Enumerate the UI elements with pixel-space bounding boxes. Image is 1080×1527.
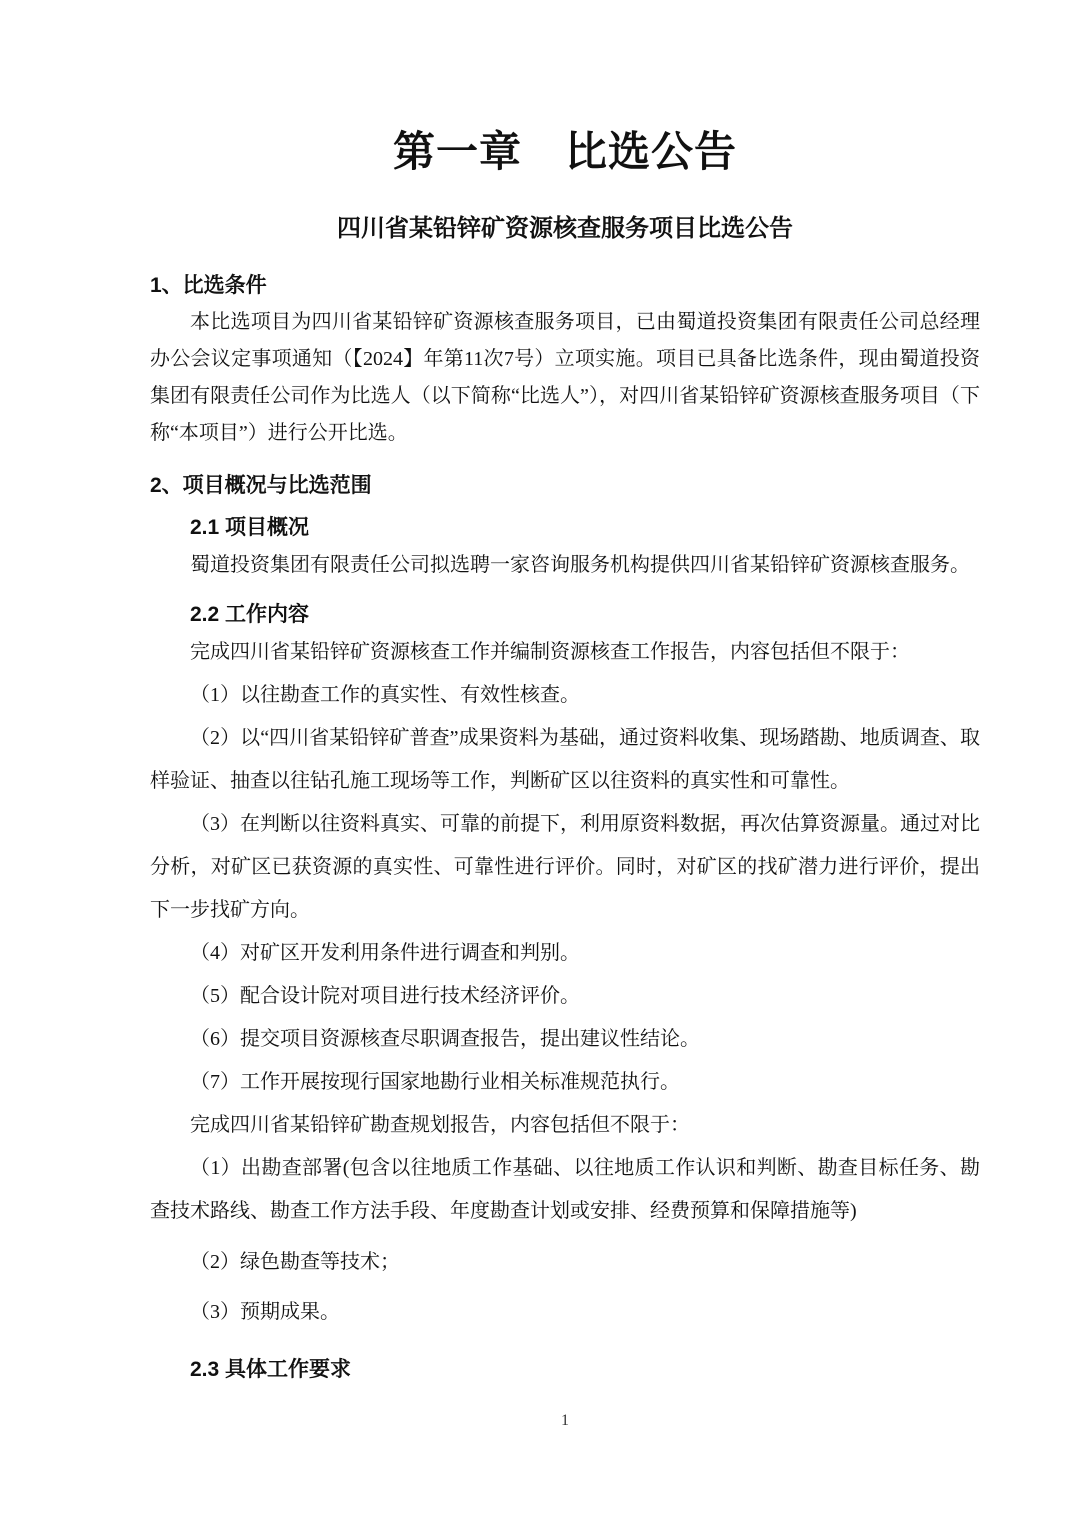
document-content: 第一章 比选公告 四川省某铅锌矿资源核查服务项目比选公告 1、比选条件 本比选项… [0, 0, 1080, 1384]
section-2-heading: 2、项目概况与比选范围 [150, 472, 980, 500]
chapter-title: 第一章 比选公告 [150, 128, 980, 178]
work-item-3: （3）在判断以往资料真实、可靠的前提下，利用原资料数据，再次估算资源量。通过对比… [150, 803, 980, 932]
work-report-intro: 完成四川省某铅锌矿资源核查工作并编制资源核查工作报告，内容包括但不限于： [150, 631, 980, 674]
work-item-1: （1）以往勘查工作的真实性、有效性核查。 [150, 674, 980, 717]
work-item-5: （5）配合设计院对项目进行技术经济评价。 [150, 975, 980, 1018]
plan-item-1: （1）出勘查部署(包含以往地质工作基础、以往地质工作认识和判断、勘查目标任务、勘… [150, 1147, 980, 1233]
section-2-2-heading: 2.2 工作内容 [190, 601, 980, 629]
work-item-6: （6）提交项目资源核查尽职调查报告，提出建议性结论。 [150, 1018, 980, 1061]
document-subtitle: 四川省某铅锌矿资源核查服务项目比选公告 [150, 214, 980, 244]
section-2-1-paragraph: 蜀道投资集团有限责任公司拟选聘一家咨询服务机构提供四川省某铅锌矿资源核查服务。 [150, 544, 980, 587]
section-1-heading: 1、比选条件 [150, 272, 980, 300]
work-item-4: （4）对矿区开发利用条件进行调查和判别。 [150, 932, 980, 975]
document-page: 第一章 比选公告 四川省某铅锌矿资源核查服务项目比选公告 1、比选条件 本比选项… [0, 0, 1080, 1527]
work-item-7: （7）工作开展按现行国家地勘行业相关标准规范执行。 [150, 1061, 980, 1104]
survey-plan-intro: 完成四川省某铅锌矿勘查规划报告，内容包括但不限于： [150, 1104, 980, 1147]
section-2-1-heading: 2.1 项目概况 [190, 514, 980, 542]
plan-item-3: （3）预期成果。 [150, 1291, 980, 1334]
page-number: 1 [150, 1412, 980, 1430]
plan-item-2: （2）绿色勘查等技术； [150, 1241, 980, 1284]
section-2-3-heading: 2.3 具体工作要求 [190, 1356, 980, 1384]
work-item-2: （2）以“四川省某铅锌矿普查”成果资料为基础，通过资料收集、现场踏勘、地质调查、… [150, 717, 980, 803]
section-1-paragraph: 本比选项目为四川省某铅锌矿资源核查服务项目，已由蜀道投资集团有限责任公司总经理办… [150, 304, 980, 452]
